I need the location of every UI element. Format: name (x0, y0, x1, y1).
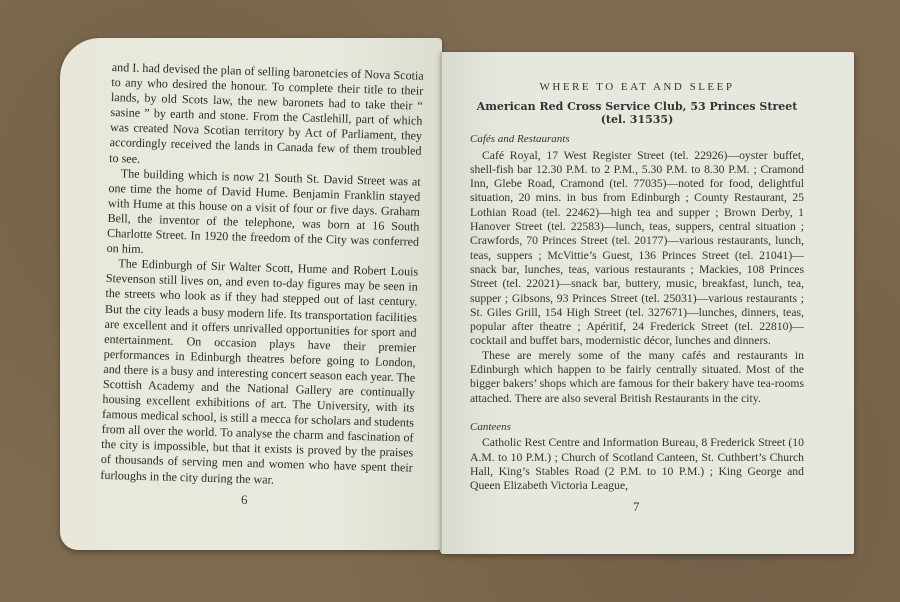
canteens-heading: Canteens (470, 420, 804, 434)
paragraph-modern-edinburgh: The Edinburgh of Sir Walter Scott, Hume … (100, 256, 418, 491)
right-page-number: 7 (633, 499, 640, 515)
left-page-number: 6 (241, 492, 248, 508)
paragraph-david-hume: The building which is now 21 South St. D… (107, 166, 421, 265)
cafes-list: Café Royal, 17 West Register Street (tel… (470, 149, 804, 349)
right-page-text: WHERE TO EAT AND SLEEP American Red Cros… (470, 80, 804, 493)
canteens-list: Catholic Rest Centre and Information Bur… (470, 436, 804, 493)
booklet-spine (440, 52, 442, 552)
club-telephone: (tel. 31535) (470, 113, 804, 126)
paragraph-baronetcies: and I. had devised the plan of selling b… (109, 60, 424, 174)
club-address: American Red Cross Service Club, 53 Prin… (470, 100, 804, 113)
left-page-text: and I. had devised the plan of selling b… (100, 60, 424, 491)
cafes-heading: Cafés and Restaurants (470, 132, 804, 146)
cafes-note: These are merely some of the many cafés … (470, 349, 804, 406)
section-title: WHERE TO EAT AND SLEEP (470, 80, 804, 94)
